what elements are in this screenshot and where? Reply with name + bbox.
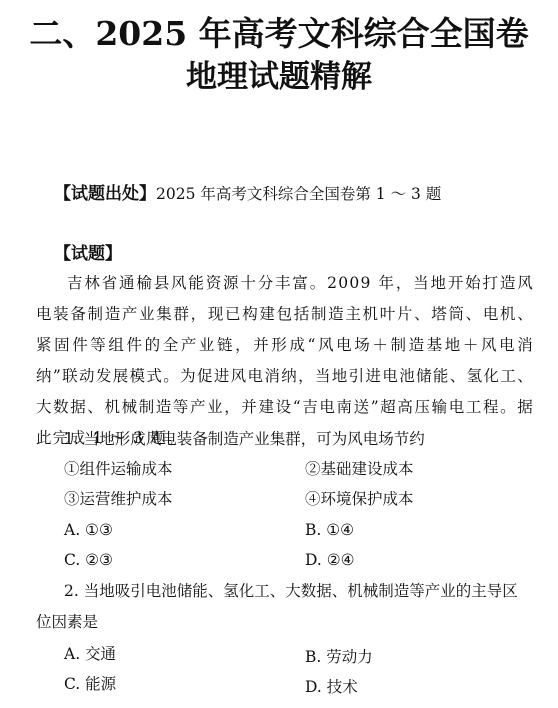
page-title: 二、2025 年高考文科综合全国卷 bbox=[0, 12, 558, 56]
question-tag: 【试题】 bbox=[54, 244, 122, 264]
question-1-choice-b: B. ①④ bbox=[305, 519, 354, 541]
question-2-stem-cont: 位因素是 bbox=[36, 611, 98, 633]
question-2-choice-d: D. 技术 bbox=[305, 676, 358, 698]
question-1-stem: 1. 当地形成风电装备制造产业集群，可为风电场节约 bbox=[64, 428, 425, 450]
question-section-heading: 【试题】 bbox=[54, 243, 122, 265]
question-1-choice-d: D. ②④ bbox=[305, 549, 355, 571]
question-2-stem: 2. 当地吸引电池储能、氢化工、大数据、机械制造等产业的主导区 bbox=[64, 580, 518, 602]
source-line: 【试题出处】2025 年高考文科综合全国卷第 1 ～ 3 题 bbox=[54, 183, 441, 205]
question-1-choice-c: C. ②③ bbox=[64, 549, 113, 571]
question-1-item-4: ④环境保护成本 bbox=[305, 488, 414, 510]
question-2-choice-c: C. 能源 bbox=[64, 673, 116, 695]
question-passage: 吉林省通榆县风能资源十分丰富。2009 年，当地开始打造风电装备制造产业集群，现… bbox=[36, 268, 534, 454]
question-1-choice-a: A. ①③ bbox=[64, 519, 113, 541]
question-1-item-1: ①组件运输成本 bbox=[64, 458, 173, 480]
question-1-item-3: ③运营维护成本 bbox=[64, 488, 173, 510]
page-subtitle: 地理试题精解 bbox=[0, 57, 558, 97]
question-2-choice-a: A. 交通 bbox=[64, 643, 116, 665]
question-1-item-2: ②基础建设成本 bbox=[305, 458, 414, 480]
source-tag: 【试题出处】 bbox=[54, 184, 156, 204]
passage-text: 吉林省通榆县风能资源十分丰富。2009 年，当地开始打造风电装备制造产业集群，现… bbox=[36, 268, 534, 454]
document-page: 二、2025 年高考文科综合全国卷 地理试题精解 【试题出处】2025 年高考文… bbox=[0, 0, 558, 708]
source-text: 2025 年高考文科综合全国卷第 1 ～ 3 题 bbox=[156, 185, 441, 203]
question-2-choice-b: B. 劳动力 bbox=[305, 646, 373, 668]
